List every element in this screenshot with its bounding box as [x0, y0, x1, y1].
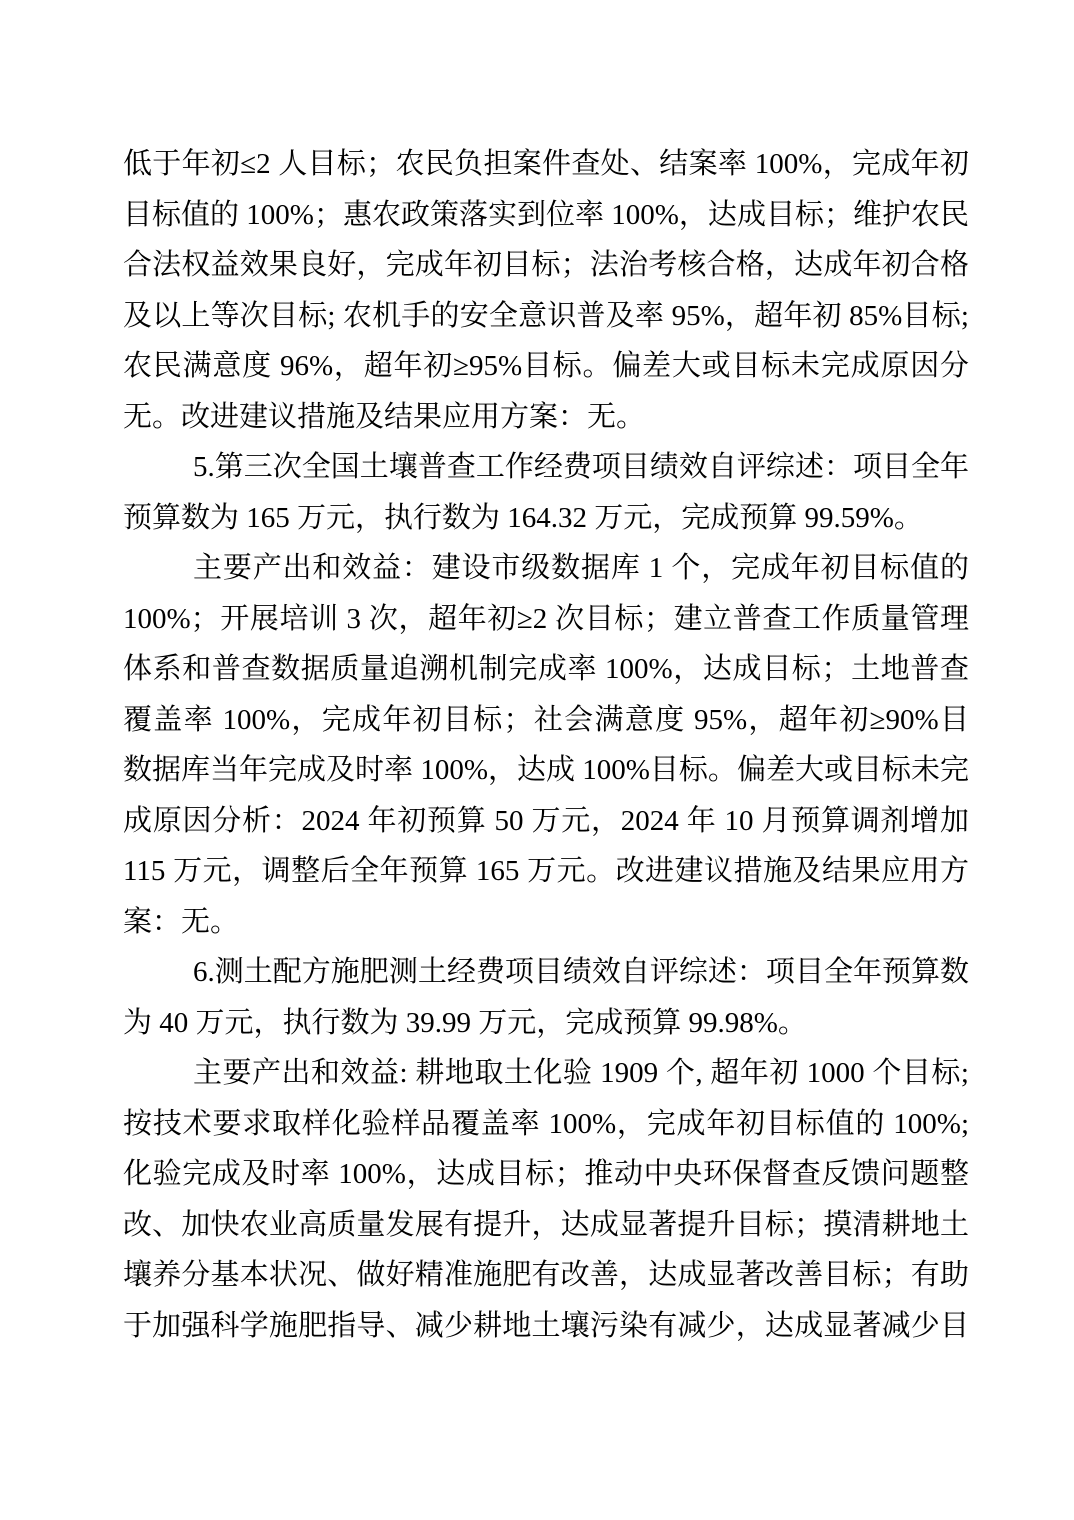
text-line: 按技术要求取样化验样品覆盖率 100%，完成年初目标值的 100%;: [123, 1099, 969, 1150]
text-line-paragraph-start: 5.第三次全国土壤普查工作经费项目绩效自评综述：项目全年: [123, 442, 969, 493]
text-line: 于加强科学施肥指导、减少耕地土壤污染有减少，达成显著减少目: [123, 1301, 969, 1352]
document-text-block: 低于年初≤2 人目标；农民负担案件查处、结案率 100%，完成年初 目标值的 1…: [123, 139, 969, 1351]
text-line: 化验完成及时率 100%，达成目标；推动中央环保督查反馈问题整: [123, 1149, 969, 1200]
document-page: 低于年初≤2 人目标；农民负担案件查处、结案率 100%，完成年初 目标值的 1…: [0, 0, 1074, 1520]
text-line-paragraph-start: 6.测土配方施肥测土经费项目绩效自评综述：项目全年预算数: [123, 947, 969, 998]
text-line-paragraph-start: 主要产出和效益: 耕地取土化验 1909 个, 超年初 1000 个目标;: [123, 1048, 969, 1099]
text-line-paragraph-end: 为 40 万元，执行数为 39.99 万元，完成预算 99.98%。: [123, 998, 969, 1049]
text-line-paragraph-end: 无。改进建议措施及结果应用方案：无。: [123, 392, 969, 443]
text-line: 及以上等次目标; 农机手的安全意识普及率 95%，超年初 85%目标;: [123, 291, 969, 342]
text-line: 合法权益效果良好，完成年初目标；法治考核合格，达成年初合格: [123, 240, 969, 291]
text-line-paragraph-end: 预算数为 165 万元，执行数为 164.32 万元，完成预算 99.59%。: [123, 493, 969, 544]
text-line: 壤养分基本状况、做好精准施肥有改善，达成显著改善目标；有助: [123, 1250, 969, 1301]
text-line-paragraph-start: 主要产出和效益：建设市级数据库 1 个，完成年初目标值的: [123, 543, 969, 594]
text-line: 农民满意度 96%，超年初≥95%目标。偏差大或目标未完成原因分析:: [123, 341, 969, 392]
text-line: 体系和普查数据质量追溯机制完成率 100%，达成目标；土地普查: [123, 644, 969, 695]
text-line: 数据库当年完成及时率 100%，达成 100%目标。偏差大或目标未完: [123, 745, 969, 796]
text-line: 覆盖率 100%，完成年初目标；社会满意度 95%，超年初≥90%目标；: [123, 695, 969, 746]
text-line-paragraph-end: 案：无。: [123, 897, 969, 948]
text-line: 目标值的 100%；惠农政策落实到位率 100%，达成目标；维护农民: [123, 190, 969, 241]
text-line: 115 万元，调整后全年预算 165 万元。改进建议措施及结果应用方: [123, 846, 969, 897]
text-line: 100%；开展培训 3 次，超年初≥2 次目标；建立普查工作质量管理: [123, 594, 969, 645]
text-line: 改、加快农业高质量发展有提升，达成显著提升目标；摸清耕地土: [123, 1200, 969, 1251]
text-line: 低于年初≤2 人目标；农民负担案件查处、结案率 100%，完成年初: [123, 139, 969, 190]
text-line: 成原因分析：2024 年初预算 50 万元，2024 年 10 月预算调剂增加: [123, 796, 969, 847]
